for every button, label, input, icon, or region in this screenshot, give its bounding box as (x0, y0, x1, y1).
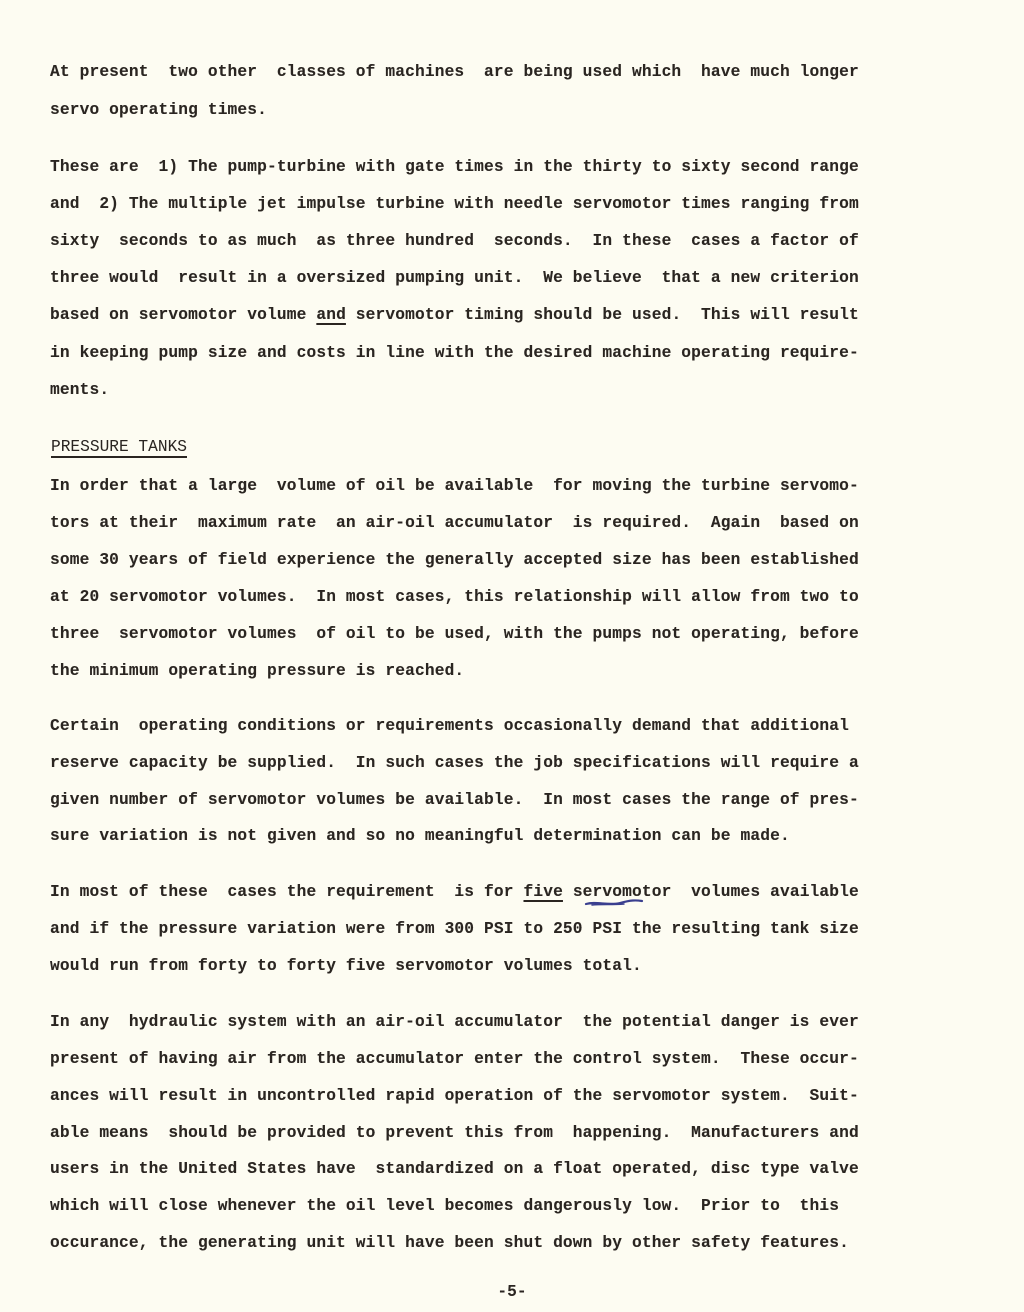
text-line: the minimum operating pressure is reache… (50, 661, 464, 681)
text-line: In any hydraulic system with an air-oil … (50, 1012, 859, 1032)
page-number: -5- (0, 1283, 1024, 1301)
text-line: which will close whenever the oil level … (50, 1196, 839, 1216)
text-line: In most of these cases the requirement i… (50, 882, 859, 902)
text-line: Certain operating conditions or requirem… (50, 716, 849, 736)
text-line: occurance, the generating unit will have… (50, 1233, 849, 1253)
text-line: some 30 years of field experience the ge… (50, 550, 859, 570)
text-line: reserve capacity be supplied. In such ca… (50, 753, 859, 773)
text-line: ances will result in uncontrolled rapid … (50, 1086, 859, 1106)
section-heading: PRESSURE TANKS (51, 438, 187, 456)
text-line: in keeping pump size and costs in line w… (50, 343, 859, 363)
text-line: three would result in a oversized pumpin… (50, 268, 859, 288)
document-page: At present two other classes of machines… (0, 0, 1024, 1312)
text-line: servo operating times. (50, 100, 267, 120)
text-line: able means should be provided to prevent… (50, 1123, 859, 1143)
text-line: three servomotor volumes of oil to be us… (50, 624, 859, 644)
text-line: would run from forty to forty five servo… (50, 956, 642, 976)
text-segment: servomotor timing should be used. This w… (346, 306, 859, 324)
underlined-word: and (316, 306, 346, 324)
text-line: present of having air from the accumulat… (50, 1049, 859, 1069)
handwritten-underline-mark (584, 899, 644, 907)
text-line: sure variation is not given and so no me… (50, 826, 790, 846)
text-segment: In most of these cases the requirement i… (50, 883, 523, 901)
text-line: and if the pressure variation were from … (50, 919, 859, 939)
text-line: users in the United States have standard… (50, 1159, 859, 1179)
text-line: These are 1) The pump-turbine with gate … (50, 157, 859, 177)
text-line: given number of servomotor volumes be av… (50, 790, 859, 810)
text-line: tors at their maximum rate an air-oil ac… (50, 513, 859, 533)
text-line: sixty seconds to as much as three hundre… (50, 231, 859, 251)
text-segment: based on servomotor volume (50, 306, 316, 324)
underlined-word: five (523, 883, 562, 901)
text-line: at 20 servomotor volumes. In most cases,… (50, 587, 859, 607)
text-line: In order that a large volume of oil be a… (50, 476, 859, 496)
text-line: ments. (50, 380, 109, 400)
text-line: based on servomotor volume and servomoto… (50, 305, 859, 325)
text-line: and 2) The multiple jet impulse turbine … (50, 194, 859, 214)
text-line: At present two other classes of machines… (50, 62, 859, 82)
